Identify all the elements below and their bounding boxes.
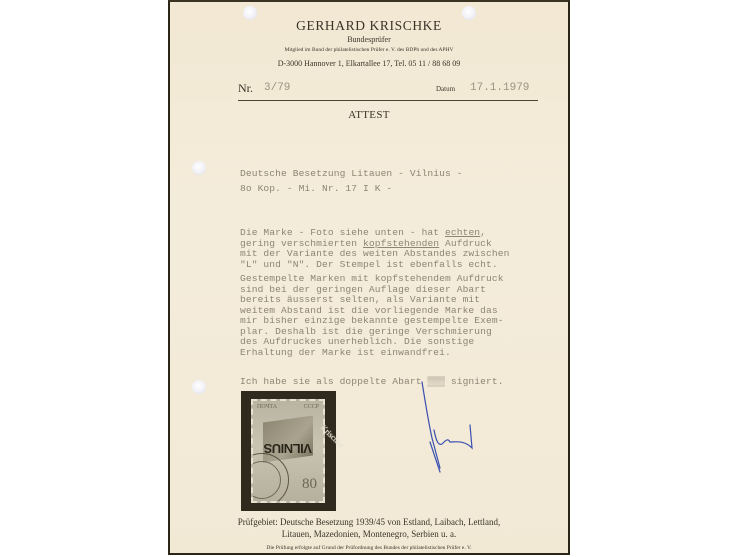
underlined-echten: echten [445,227,480,238]
subject-line-1: Deutsche Besetzung Litauen - Vilnius - [240,169,463,180]
para1-line-3: mit der Variante des weiten Abstandes zw… [240,249,509,260]
stamp-photo: ПОЧТА СССР VILNIUS 80 [241,391,336,511]
document-heading: ATTEST [170,109,568,121]
text: gering verschmierten [240,238,363,249]
underlined-kopfstehenden: kopfstehenden [363,238,439,249]
para2-line-5: mir bisher einzige bekannte gestempelte … [240,316,504,327]
footer-line-1: Prüfgebiet: Deutsche Besetzung 1939/45 v… [170,516,568,528]
para2-line-3: bereits äusserst selten, als Variante mi… [240,295,480,306]
text: Aufdruck [439,238,492,249]
footer-regulation: Die Prüfung erfolgte auf Grund der Prüfo… [170,545,568,551]
certificate-page: GERHARD KRISCHKE Bundesprüfer Mitglied i… [168,0,570,555]
subject-line-2: 8o Kop. - Mi. Nr. 17 I K - [240,184,392,195]
para1-line-4: "L" und "N". Der Stempel ist ebenfalls e… [240,260,498,271]
signature [420,380,480,480]
membership-line: Mitglied im Bund der philatelistischen P… [170,47,568,53]
datum-label: Datum [436,85,455,93]
para2-line-7: des Aufdruckes unerheblich. Die sonstige [240,337,474,348]
footer-scope: Prüfgebiet: Deutsche Besetzung 1939/45 v… [170,516,568,540]
datum-value: 17.1.1979 [470,82,529,94]
expert-title: Bundesprüfer [170,35,568,44]
punch-hole-left-lower [192,380,206,394]
stamp-top-text: ПОЧТА СССР [257,404,319,410]
stamp-country-left: ПОЧТА [257,404,277,410]
nr-value: 3/79 [264,82,290,94]
footer-line-2: Litauen, Mazedonien, Montenegro, Serbien… [170,528,568,540]
para2-line-1: Gestempelte Marken mit kopfstehendem Auf… [240,274,504,285]
stamp-value: 80 [302,476,317,493]
punch-hole-left-upper [192,161,206,175]
para2-line-8: Erhaltung der Marke ist einwandfrei. [240,348,451,359]
expert-name: GERHARD KRISCHKE [170,18,568,34]
stamp-image: ПОЧТА СССР VILNIUS 80 [251,399,325,503]
nr-label: Nr. [238,81,253,96]
text: Die Marke - Foto siehe unten - hat [240,227,445,238]
text: , [480,227,486,238]
reference-line: Nr. 3/79 Datum 17.1.1979 [238,80,538,101]
stamp-country-right: СССР [304,404,319,410]
address-line: D-3000 Hannover 1, Elkartallee 17, Tel. … [170,59,568,68]
